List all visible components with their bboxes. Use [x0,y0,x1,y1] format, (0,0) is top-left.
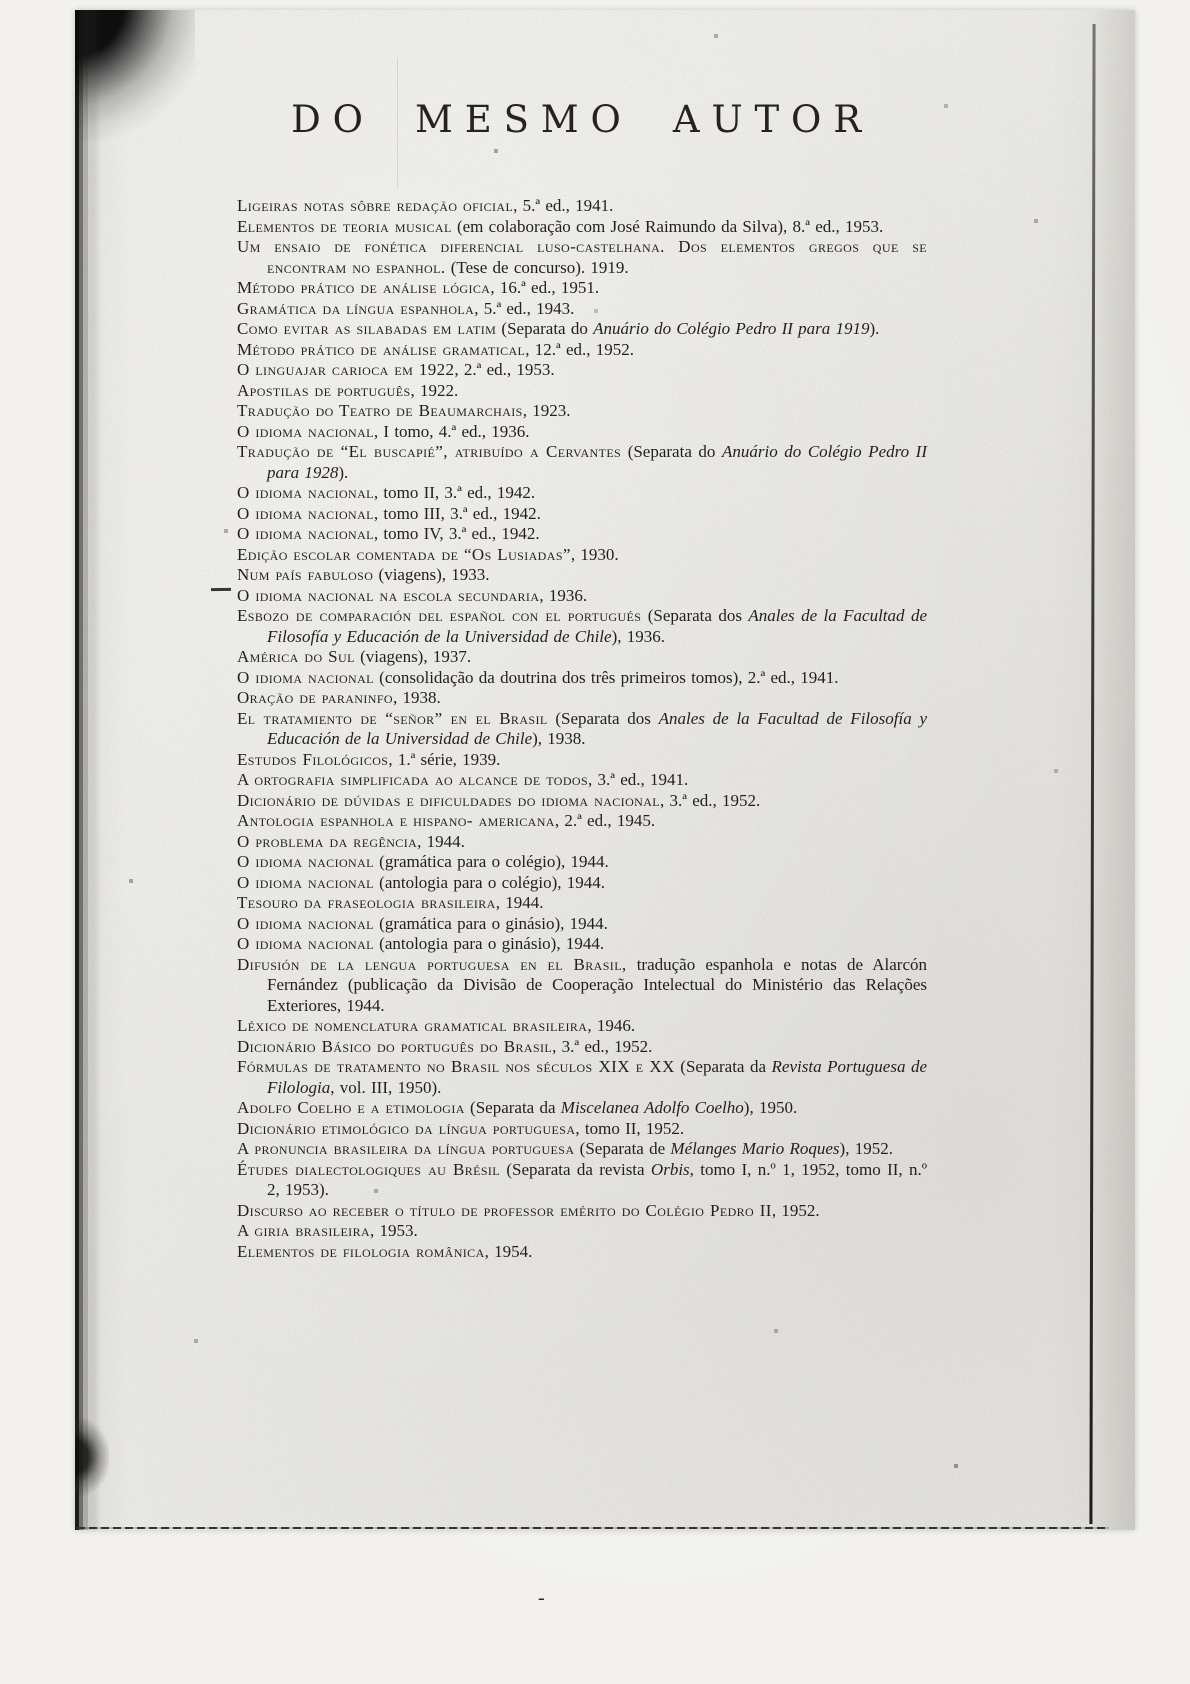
scan-right-shade-artifact [1093,10,1135,1530]
bibliography-list: Ligeiras notas sôbre redação oficial, 5.… [237,196,927,1262]
work-title: Dicionário etimológico da língua portugu… [237,1119,575,1138]
work-title: América do Sul [237,647,355,666]
bibliography-entry: Um ensaio de fonética diferencial luso-c… [237,237,927,278]
scan-specks-artifact [75,10,77,12]
entry-detail: , 1930. [571,545,619,564]
bibliography-entry: Fórmulas de tratamento no Brasil nos séc… [237,1057,927,1098]
entry-detail: , 1946. [587,1016,635,1035]
entry-detail: (Separata da [465,1098,561,1117]
bibliography-entry: Ligeiras notas sôbre redação oficial, 5.… [237,196,927,217]
entry-detail: , 1953. [370,1221,418,1240]
work-title: O idioma nacional [237,852,374,871]
entry-detail: , 1954. [485,1242,533,1261]
bibliography-entry: Método prático de análise lógica, 16.ª e… [237,278,927,299]
work-title: O idioma nacional [237,934,374,953]
entry-detail: , vol. III, 1950). [330,1078,441,1097]
entry-detail: ). [338,463,348,482]
bibliography-entry: Elementos de teoria musical (em colabora… [237,217,927,238]
entry-detail: , 12.ª ed., 1952. [525,340,634,359]
bibliography-entry: O idioma nacional na escola secundaria, … [237,586,927,607]
entry-detail: , tomo III, 3.ª ed., 1942. [374,504,541,523]
work-title: Dicionário Básico do português do Brasil [237,1037,552,1056]
bibliography-entry: El tratamiento de “señor” en el Brasil (… [237,709,927,750]
work-title: El tratamiento de “señor” en el Brasil [237,709,548,728]
bibliography-entry: O idioma nacional (antologia para o giná… [237,934,927,955]
entry-detail: (em colaboração com José Raimundo da Sil… [452,217,884,236]
bibliography-entry: O idioma nacional, tomo III, 3.ª ed., 19… [237,504,927,525]
bibliography-entry: Estudos Filológicos, 1.ª série, 1939. [237,750,927,771]
work-title: Études dialectologiques au Brésil [237,1160,500,1179]
publication-title: Mélanges Mario Roques [670,1139,839,1158]
entry-detail: , 2.ª ed., 1953. [454,360,554,379]
entry-detail: , 5.ª ed., 1941. [513,196,613,215]
bibliography-entry: Difusión de la lengua portuguesa en el B… [237,955,927,1017]
entry-detail: , 1936. [539,586,587,605]
bibliography-entry: Adolfo Coelho e a etimologia (Separata d… [237,1098,927,1119]
margin-dash-mark [211,588,231,591]
bibliography-entry: Oração de paraninfo, 1938. [237,688,927,709]
entry-detail: , 5.ª ed., 1943. [474,299,574,318]
work-title: O idioma nacional na escola secundaria [237,586,539,605]
bibliography-entry: Método prático de análise gramatical, 12… [237,340,927,361]
work-title: Apostilas de português [237,381,411,400]
entry-detail: ), 1936. [612,627,665,646]
bibliography-entry: Léxico de nomenclatura gramatical brasil… [237,1016,927,1037]
entry-detail: (gramática para o colégio), 1944. [374,852,609,871]
entry-detail: (Separata dos [641,606,748,625]
bibliography-entry: Apostilas de português, 1922. [237,381,927,402]
entry-detail: (gramática para o ginásio), 1944. [374,914,608,933]
entry-detail: , 1922. [411,381,459,400]
bibliography-entry: Études dialectologiques au Brésil (Separ… [237,1160,927,1201]
entry-detail: (Separata de [574,1139,670,1158]
entry-detail: , I tomo, 4.ª ed., 1936. [374,422,530,441]
bibliography-entry: Elementos de filologia românica, 1954. [237,1242,927,1263]
bibliography-entry: A ortografia simplificada ao alcance de … [237,770,927,791]
page-title: DO MESMO AUTOR [237,98,927,141]
entry-detail: , 1944. [496,893,544,912]
publication-title: Miscelanea Adolfo Coelho [561,1098,744,1117]
entry-detail: , 1.ª série, 1939. [388,750,500,769]
work-title: Tesouro da fraseologia brasileira [237,893,496,912]
bibliography-entry: Tesouro da fraseologia brasileira, 1944. [237,893,927,914]
work-title: O problema da regência [237,832,417,851]
work-title: Oração de paraninfo [237,688,393,707]
work-title: Dicionário de dúvidas e dificuldades do … [237,791,660,810]
work-title: O idioma nacional [237,873,374,892]
work-title: O linguajar carioca em 1922 [237,360,454,379]
scan-left-smudge-artifact [75,1418,109,1496]
bibliography-entry: Edição escolar comentada de “Os Lusiadas… [237,545,927,566]
entry-detail: , tomo II, 3.ª ed., 1942. [374,483,535,502]
entry-detail: (Separata dos [548,709,659,728]
bibliography-entry: América do Sul (viagens), 1937. [237,647,927,668]
bibliography-entry: A pronuncia brasileira da língua portugu… [237,1139,927,1160]
publication-title: Anuário do Colégio Pedro II para 1919 [593,319,869,338]
entry-detail: , tomo IV, 3.ª ed., 1942. [374,524,540,543]
work-title: Antologia espanhola e hispano- americana [237,811,555,830]
entry-detail: , 3.ª ed., 1941. [588,770,688,789]
scan-right-line-artifact [1089,24,1095,1524]
entry-detail: , 1923. [523,401,571,420]
work-title: Difusión de la lengua portuguesa en el B… [237,955,627,974]
work-title: Estudos Filológicos [237,750,388,769]
entry-detail: , 3.ª ed., 1952. [660,791,760,810]
bibliography-entry: O linguajar carioca em 1922, 2.ª ed., 19… [237,360,927,381]
scan-bottom-edge-artifact [77,1527,1109,1529]
work-title: O idioma nacional [237,524,374,543]
work-title: A ortografia simplificada ao alcance de … [237,770,588,789]
work-title: Gramática da língua espanhola [237,299,474,318]
publication-title: Orbis [651,1160,690,1179]
work-title: Adolfo Coelho e a etimologia [237,1098,465,1117]
work-title: Fórmulas de tratamento no Brasil nos séc… [237,1057,675,1076]
work-title: Num país fabuloso [237,565,373,584]
scanned-page: DO MESMO AUTOR Ligeiras notas sôbre reda… [75,10,1135,1530]
bibliography-entry: O idioma nacional (consolidação da doutr… [237,668,927,689]
entry-detail: (Tese de concurso). 1919. [445,258,628,277]
work-title: O idioma nacional [237,483,374,502]
work-title: A pronuncia brasileira da língua portugu… [237,1139,574,1158]
entry-detail: (consolidação da doutrina dos três prime… [374,668,839,687]
entry-detail: ), 1952. [840,1139,893,1158]
bibliography-entry: O idioma nacional, I tomo, 4.ª ed., 1936… [237,422,927,443]
entry-detail: , tomo II, 1952. [575,1119,684,1138]
entry-detail: (Separata da [675,1057,772,1076]
bibliography-entry: Dicionário de dúvidas e dificuldades do … [237,791,927,812]
entry-detail: (viagens), 1933. [373,565,489,584]
work-title: Método prático de análise gramatical [237,340,525,359]
entry-detail: , 1944. [417,832,465,851]
entry-detail: (antologia para o ginásio), 1944. [374,934,604,953]
bibliography-entry: Esbozo de comparación del español con el… [237,606,927,647]
work-title: Tradução de “El buscapié”, atribuído a C… [237,442,621,461]
bibliography-entry: Antologia espanhola e hispano- americana… [237,811,927,832]
bibliography-entry: Tradução de “El buscapié”, atribuído a C… [237,442,927,483]
work-title: O idioma nacional [237,914,374,933]
bibliography-entry: A giria brasileira, 1953. [237,1221,927,1242]
entry-detail: (antologia para o colégio), 1944. [374,873,605,892]
entry-detail: , 3.ª ed., 1952. [552,1037,652,1056]
bottom-page-mark: - [538,1588,545,1608]
work-title: Tradução do Teatro de Beaumarchais [237,401,523,420]
work-title: A giria brasileira [237,1221,370,1240]
bibliography-entry: O idioma nacional (gramática para o colé… [237,852,927,873]
bibliography-entry: Num país fabuloso (viagens), 1933. [237,565,927,586]
entry-detail: ). [870,319,880,338]
work-title: Edição escolar comentada de “Os Lusiadas… [237,545,571,564]
bibliography-entry: O idioma nacional, tomo II, 3.ª ed., 194… [237,483,927,504]
entry-detail: , 1938. [393,688,441,707]
bibliography-entry: Discurso ao receber o título de professo… [237,1201,927,1222]
scan-left-edge-artifact [75,10,105,1530]
entry-detail: , 1952. [772,1201,820,1220]
work-title: Ligeiras notas sôbre redação oficial [237,196,513,215]
entry-detail: , 16.ª ed., 1951. [490,278,599,297]
bibliography-entry: Tradução do Teatro de Beaumarchais, 1923… [237,401,927,422]
bibliography-entry: O idioma nacional, tomo IV, 3.ª ed., 194… [237,524,927,545]
work-title: Elementos de teoria musical [237,217,452,236]
entry-detail: (Separata da revista [500,1160,651,1179]
entry-detail: (Separata do [621,442,722,461]
work-title: Método prático de análise lógica [237,278,490,297]
work-title: O idioma nacional [237,422,374,441]
entry-detail: , 2.ª ed., 1945. [555,811,655,830]
bibliography-entry: Dicionário Básico do português do Brasil… [237,1037,927,1058]
entry-detail: ), 1950. [744,1098,797,1117]
scan-corner-artifact [75,10,195,140]
bibliography-entry: O idioma nacional (gramática para o giná… [237,914,927,935]
work-title: Discurso ao receber o título de professo… [237,1201,772,1220]
work-title: Como evitar as silabadas em latim [237,319,496,338]
bibliography-entry: O problema da regência, 1944. [237,832,927,853]
work-title: O idioma nacional [237,668,374,687]
bibliography-entry: Gramática da língua espanhola, 5.ª ed., … [237,299,927,320]
work-title: Elementos de filologia românica [237,1242,485,1261]
entry-detail: ), 1938. [532,729,585,748]
bibliography-entry: O idioma nacional (antologia para o colé… [237,873,927,894]
bibliography-entry: Dicionário etimológico da língua portugu… [237,1119,927,1140]
work-title: Léxico de nomenclatura gramatical brasil… [237,1016,587,1035]
entry-detail: (Separata do [496,319,593,338]
bibliography-entry: Como evitar as silabadas em latim (Separ… [237,319,927,340]
entry-detail: (viagens), 1937. [355,647,471,666]
work-title: O idioma nacional [237,504,374,523]
work-title: Esbozo de comparación del español con el… [237,606,641,625]
